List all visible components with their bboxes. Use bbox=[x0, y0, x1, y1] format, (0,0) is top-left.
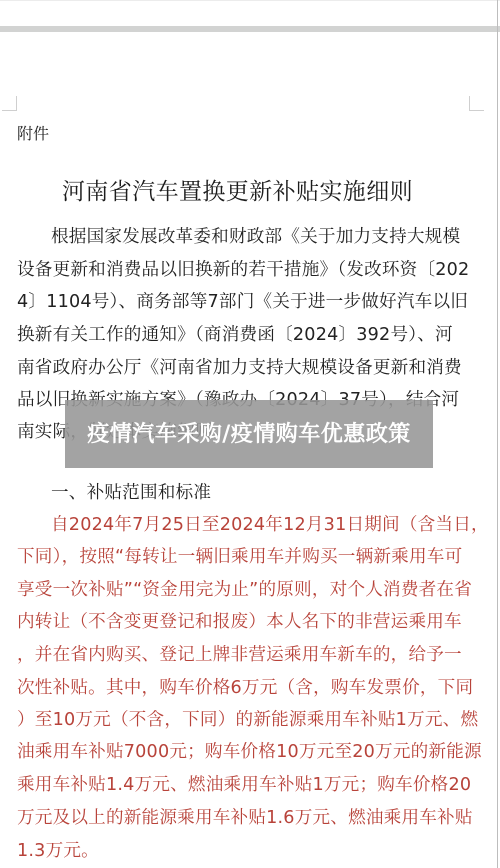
document-title: 河南省汽车置换更新补贴实施细则 bbox=[62, 176, 413, 208]
intro-line: 4〕1104号）、商务部等7部门《关于进一步做好汽车以旧 bbox=[17, 290, 487, 314]
page-separator bbox=[0, 26, 500, 32]
page-right-border bbox=[497, 0, 498, 868]
intro-line: 设备更新和消费品以旧换新的若干措施》（发改环资〔202 bbox=[17, 258, 487, 282]
section-line: 次性补贴。其中，购车价格6万元（含，购车发票价，下同 bbox=[17, 676, 487, 700]
section-line: 万元及以上的新能源乘用车补贴1.6万元、燃油乘用车补贴 bbox=[17, 806, 487, 830]
section-line: 1.3万元。 bbox=[17, 839, 487, 863]
caption-text: 疫情汽车采购/疫情购车优惠政策 bbox=[84, 421, 414, 448]
section-line: 享受一次补贴”“资金用完为止”的原则，对个人消费者在省 bbox=[17, 578, 487, 602]
section-line: 油乘用车补贴7000元；购车价格10万元至20万元的新能源 bbox=[17, 740, 487, 764]
section-line: 内转让（不含变更登记和报废）本人名下的非营运乘用车 bbox=[17, 610, 487, 634]
caption-overlay: 疫情汽车采购/疫情购车优惠政策 bbox=[65, 400, 433, 468]
section-line: ，并在省内购买、登记上牌非营运乘用车新车的，给予一 bbox=[17, 643, 487, 667]
section-line: ）至10万元（不含，下同）的新能源乘用车补贴1万元、燃 bbox=[17, 708, 487, 732]
intro-line: 南省政府办公厅《河南省加力支持大规模设备更新和消费 bbox=[17, 356, 487, 380]
attachment-label: 附件 bbox=[17, 121, 49, 144]
section-line: 乘用车补贴1.4万元、燃油乘用车补贴1万元；购车价格20 bbox=[17, 773, 487, 797]
section-line: 下同），按照“每转让一辆旧乘用车并购买一辆新乘用车可 bbox=[17, 545, 487, 569]
previous-page-bottom bbox=[0, 0, 500, 27]
intro-line: 根据国家发展改革委和财政部《关于加力支持大规模 bbox=[51, 225, 500, 249]
crop-mark-right-icon bbox=[469, 96, 484, 111]
crop-mark-left-icon bbox=[2, 96, 17, 111]
section-heading: 一、补贴范围和标准 bbox=[51, 481, 500, 505]
section-line: 自2024年7月25日至2024年12月31日期间（含当日， bbox=[51, 513, 500, 537]
intro-line: 换新有关工作的通知》（商消费函〔2024〕392号）、河 bbox=[17, 323, 487, 347]
